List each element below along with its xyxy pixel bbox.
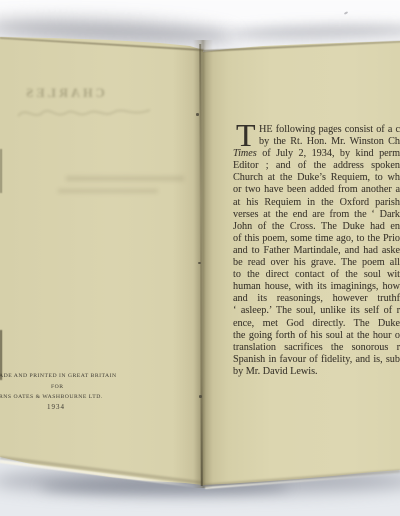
text-line: the going forth of his soul at the hour … <box>233 330 400 342</box>
text-line: translation sacrifices the sonorous r <box>233 342 400 354</box>
text-line-rest: of July 2, 1934, by kind perm <box>257 148 400 159</box>
imprint-line: FOR <box>51 384 64 390</box>
show-through-text-faint <box>66 176 184 181</box>
gutter-shadow <box>193 40 213 488</box>
text-line: and to Father Martindale, and had aske <box>233 245 400 257</box>
text-line: ‘ asleep.’ The soul, unlike its self of … <box>233 305 400 317</box>
text-line: Times of July 2, 1934, by kind perm <box>233 148 400 160</box>
text-line: or two have been added from another a <box>233 184 400 196</box>
text-line: to the direct contact of the soul wit <box>233 269 400 281</box>
text-line: Editor ; and of the address spoken <box>233 160 400 172</box>
show-through-text-faint <box>58 189 158 193</box>
imprint-line: RNS OATES & WASHBOURNE LTD. <box>0 394 103 400</box>
text-line: Church at the Duke’s Requiem, to wh <box>233 172 400 184</box>
text-line: be read over his grave. The poem all <box>233 257 400 269</box>
left-page: CHARLES ADE AND PRINTED IN GREAT BRITAIN… <box>0 0 203 516</box>
staple-mark <box>196 113 199 116</box>
staple-mark <box>199 395 202 398</box>
text-line: Spanish in favour of fidelity, and is, s… <box>233 354 400 366</box>
show-through-title: CHARLES <box>20 86 108 101</box>
text-line: by Mr. David Lewis. <box>233 366 400 378</box>
text-line: and its reasonings, however truthf <box>233 293 400 305</box>
right-page: T HE following pages consist of a c by t… <box>203 0 400 516</box>
text-line: at his Requiem in the Oxford parish <box>233 197 400 209</box>
text-line: of this poem, some time ago, to the Prio <box>233 233 400 245</box>
cover-edge-sliver <box>0 149 2 193</box>
show-through-script-line <box>12 100 157 126</box>
introduction-text: T HE following pages consist of a c by t… <box>233 124 400 378</box>
text-line: verses at the end are from the ‘ Dark <box>233 209 400 221</box>
text-line: human house, with its imaginings, how <box>233 281 400 293</box>
text-line: by the Rt. Hon. Mr. Winston Ch <box>233 136 400 148</box>
drop-cap: T <box>236 122 256 148</box>
photo-open-book: { "colors": { "page_paper": "#d9d3ae", "… <box>0 0 400 516</box>
imprint-year: 1934 <box>47 403 65 411</box>
imprint-line: ADE AND PRINTED IN GREAT BRITAIN <box>0 373 117 379</box>
text-line: ence, met God directly. The Duke <box>233 318 400 330</box>
text-line: HE following pages consist of a c <box>233 124 400 136</box>
text-line: John of the Cross. The Duke had en <box>233 221 400 233</box>
cover-edge-sliver <box>0 330 2 380</box>
